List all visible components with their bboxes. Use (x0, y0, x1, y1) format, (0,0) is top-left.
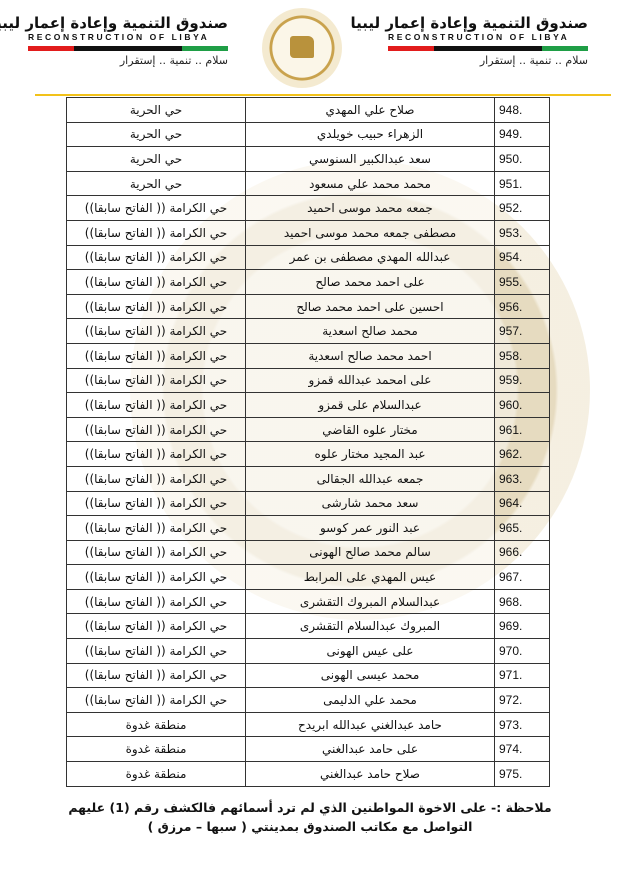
table-row: 964.سعد محمد شارشىحي الكرامة (( الفاتح س… (67, 491, 550, 516)
table-row: 967.عيس المهدي على المرابطحي الكرامة (( … (67, 565, 550, 590)
district: حي الكرامة (( الفاتح سابقا)) (67, 196, 246, 221)
table-row: 968.عبدالسلام المبروك التقشرىحي الكرامة … (67, 589, 550, 614)
letterhead: صندوق التنمية وإعادة إعمار ليبيا RECONST… (0, 0, 621, 95)
district: حي الكرامة (( الفاتح سابقا)) (67, 491, 246, 516)
org-name-english: RECONSTRUCTION OF LIBYA (388, 32, 588, 43)
district: حي الحرية (67, 122, 246, 147)
row-number: 965. (495, 516, 550, 541)
district: حي الكرامة (( الفاتح سابقا)) (67, 393, 246, 418)
row-number: 962. (495, 442, 550, 467)
table-row: 973.حامد عبدالغني عبدالله ابريدحمنطقة غد… (67, 712, 550, 737)
person-name: عبد المجيد مختار علوه (246, 442, 495, 467)
district: حي الكرامة (( الفاتح سابقا)) (67, 663, 246, 688)
table-row: 956.احسين على احمد محمد صالححي الكرامة (… (67, 294, 550, 319)
table-row: 953.مصطفى جمعه محمد موسى احميدحي الكرامة… (67, 220, 550, 245)
flag-stripe (388, 46, 588, 51)
district: حي الكرامة (( الفاتح سابقا)) (67, 540, 246, 565)
person-name: مختار علوه القاضي (246, 417, 495, 442)
district: حي الحرية (67, 171, 246, 196)
person-name: على امحمد عبدالله قمزو (246, 368, 495, 393)
row-number: 967. (495, 565, 550, 590)
table-row: 961.مختار علوه القاضيحي الكرامة (( الفات… (67, 417, 550, 442)
district: حي الكرامة (( الفاتح سابقا)) (67, 639, 246, 664)
row-number: 963. (495, 466, 550, 491)
table-row: 963.جمعه عبدالله الجقالىحي الكرامة (( ال… (67, 466, 550, 491)
org-name-arabic: صندوق التنمية وإعادة إعمار ليبيا (388, 14, 588, 32)
note-line-1: ملاحظة :- على الاخوة المواطنين الذي لم ت… (60, 798, 560, 817)
row-number: 970. (495, 639, 550, 664)
district: حي الكرامة (( الفاتح سابقا)) (67, 442, 246, 467)
row-number: 972. (495, 688, 550, 713)
row-number: 957. (495, 319, 550, 344)
person-name: سعد عبدالكبير السنوسي (246, 147, 495, 172)
person-name: جمعه عبدالله الجقالى (246, 466, 495, 491)
row-number: 948. (495, 98, 550, 123)
district: منطقة غدوة (67, 737, 246, 762)
person-name: عبدالسلام على قمزو (246, 393, 495, 418)
district: منطقة غدوة (67, 762, 246, 787)
row-number: 949. (495, 122, 550, 147)
row-number: 960. (495, 393, 550, 418)
row-number: 952. (495, 196, 550, 221)
district: حي الكرامة (( الفاتح سابقا)) (67, 417, 246, 442)
person-name: صلاح علي المهدي (246, 98, 495, 123)
libya-map-icon (290, 36, 314, 58)
person-name: عبدالسلام المبروك التقشرى (246, 589, 495, 614)
district: حي الكرامة (( الفاتح سابقا)) (67, 589, 246, 614)
row-number: 955. (495, 270, 550, 295)
district: حي الكرامة (( الفاتح سابقا)) (67, 294, 246, 319)
district: حي الكرامة (( الفاتح سابقا)) (67, 368, 246, 393)
person-name: عبدالله المهدي مصطفى بن عمر (246, 245, 495, 270)
district: حي الكرامة (( الفاتح سابقا)) (67, 614, 246, 639)
district: حي الحرية (67, 98, 246, 123)
district: حي الكرامة (( الفاتح سابقا)) (67, 343, 246, 368)
brand-block-left: صندوق التنمية وإعادة إعمار ليبيا RECONST… (28, 14, 228, 67)
table-row: 950.سعد عبدالكبير السنوسيحي الحرية (67, 147, 550, 172)
row-number: 958. (495, 343, 550, 368)
person-name: محمد صالح اسعدية (246, 319, 495, 344)
person-name: سعد محمد شارشى (246, 491, 495, 516)
district: حي الكرامة (( الفاتح سابقا)) (67, 270, 246, 295)
table-row: 959.على امحمد عبدالله قمزوحي الكرامة (( … (67, 368, 550, 393)
table-row: 971.محمد عيسى الهونىحي الكرامة (( الفاتح… (67, 663, 550, 688)
person-name: احمد محمد صالح اسعدية (246, 343, 495, 368)
table-row: 966.سالم محمد صالح الهونىحي الكرامة (( ا… (67, 540, 550, 565)
table-row: 972.محمد علي الدليمىحي الكرامة (( الفاتح… (67, 688, 550, 713)
row-number: 971. (495, 663, 550, 688)
row-number: 974. (495, 737, 550, 762)
brand-block-right: صندوق التنمية وإعادة إعمار ليبيا RECONST… (388, 14, 588, 67)
district: حي الكرامة (( الفاتح سابقا)) (67, 319, 246, 344)
district: حي الحرية (67, 147, 246, 172)
person-name: على حامد عبدالغني (246, 737, 495, 762)
row-number: 951. (495, 171, 550, 196)
org-name-arabic: صندوق التنمية وإعادة إعمار ليبيا (28, 14, 228, 32)
note-line-2: التواصل مع مكاتب الصندوق بمدينتي ( سبها … (60, 817, 560, 836)
org-name-english: RECONSTRUCTION OF LIBYA (28, 32, 228, 43)
person-name: محمد عيسى الهونى (246, 663, 495, 688)
person-name: على عيس الهونى (246, 639, 495, 664)
row-number: 950. (495, 147, 550, 172)
person-name: عيس المهدي على المرابط (246, 565, 495, 590)
table-row: 957.محمد صالح اسعديةحي الكرامة (( الفاتح… (67, 319, 550, 344)
table-row: 954.عبدالله المهدي مصطفى بن عمرحي الكرام… (67, 245, 550, 270)
row-number: 961. (495, 417, 550, 442)
row-number: 966. (495, 540, 550, 565)
person-name: صلاح حامد عبدالغني (246, 762, 495, 787)
row-number: 953. (495, 220, 550, 245)
person-name: محمد محمد علي مسعود (246, 171, 495, 196)
table-row: 962.عبد المجيد مختار علوهحي الكرامة (( ا… (67, 442, 550, 467)
flag-stripe (28, 46, 228, 51)
row-number: 959. (495, 368, 550, 393)
row-number: 964. (495, 491, 550, 516)
header-divider (35, 94, 611, 96)
footnote: ملاحظة :- على الاخوة المواطنين الذي لم ت… (60, 798, 560, 836)
person-name: المبروك عبدالسلام التقشرى (246, 614, 495, 639)
district: منطقة غدوة (67, 712, 246, 737)
row-number: 956. (495, 294, 550, 319)
motto: سلام .. تنمية .. إستقرار (28, 54, 228, 67)
table-row: 974.على حامد عبدالغنيمنطقة غدوة (67, 737, 550, 762)
motto: سلام .. تنمية .. إستقرار (388, 54, 588, 67)
table-row: 951.محمد محمد علي مسعودحي الحرية (67, 171, 550, 196)
row-number: 968. (495, 589, 550, 614)
person-name: محمد علي الدليمى (246, 688, 495, 713)
table-row: 969.المبروك عبدالسلام التقشرىحي الكرامة … (67, 614, 550, 639)
person-name: مصطفى جمعه محمد موسى احميد (246, 220, 495, 245)
person-name: الزهراء حبيب خويلدي (246, 122, 495, 147)
libya-emblem-icon (262, 8, 342, 88)
person-name: عبد النور عمر كوسو (246, 516, 495, 541)
table-row: 970.على عيس الهونىحي الكرامة (( الفاتح س… (67, 639, 550, 664)
district: حي الكرامة (( الفاتح سابقا)) (67, 516, 246, 541)
person-name: احسين على احمد محمد صالح (246, 294, 495, 319)
table-row: 975.صلاح حامد عبدالغنيمنطقة غدوة (67, 762, 550, 787)
person-name: حامد عبدالغني عبدالله ابريدح (246, 712, 495, 737)
district: حي الكرامة (( الفاتح سابقا)) (67, 466, 246, 491)
district: حي الكرامة (( الفاتح سابقا)) (67, 688, 246, 713)
table-row: 958.احمد محمد صالح اسعديةحي الكرامة (( ا… (67, 343, 550, 368)
table-row: 949.الزهراء حبيب خويلديحي الحرية (67, 122, 550, 147)
person-name: على احمد محمد صالح (246, 270, 495, 295)
person-name: جمعه محمد موسى احميد (246, 196, 495, 221)
row-number: 954. (495, 245, 550, 270)
table-row: 955.على احمد محمد صالححي الكرامة (( الفا… (67, 270, 550, 295)
district: حي الكرامة (( الفاتح سابقا)) (67, 565, 246, 590)
row-number: 969. (495, 614, 550, 639)
person-name: سالم محمد صالح الهونى (246, 540, 495, 565)
row-number: 975. (495, 762, 550, 787)
beneficiaries-table: 948.صلاح علي المهديحي الحرية949.الزهراء … (66, 97, 550, 787)
district: حي الكرامة (( الفاتح سابقا)) (67, 245, 246, 270)
table-row: 952.جمعه محمد موسى احميدحي الكرامة (( ال… (67, 196, 550, 221)
table-row: 948.صلاح علي المهديحي الحرية (67, 98, 550, 123)
district: حي الكرامة (( الفاتح سابقا)) (67, 220, 246, 245)
row-number: 973. (495, 712, 550, 737)
table-row: 960.عبدالسلام على قمزوحي الكرامة (( الفا… (67, 393, 550, 418)
table-row: 965.عبد النور عمر كوسوحي الكرامة (( الفا… (67, 516, 550, 541)
